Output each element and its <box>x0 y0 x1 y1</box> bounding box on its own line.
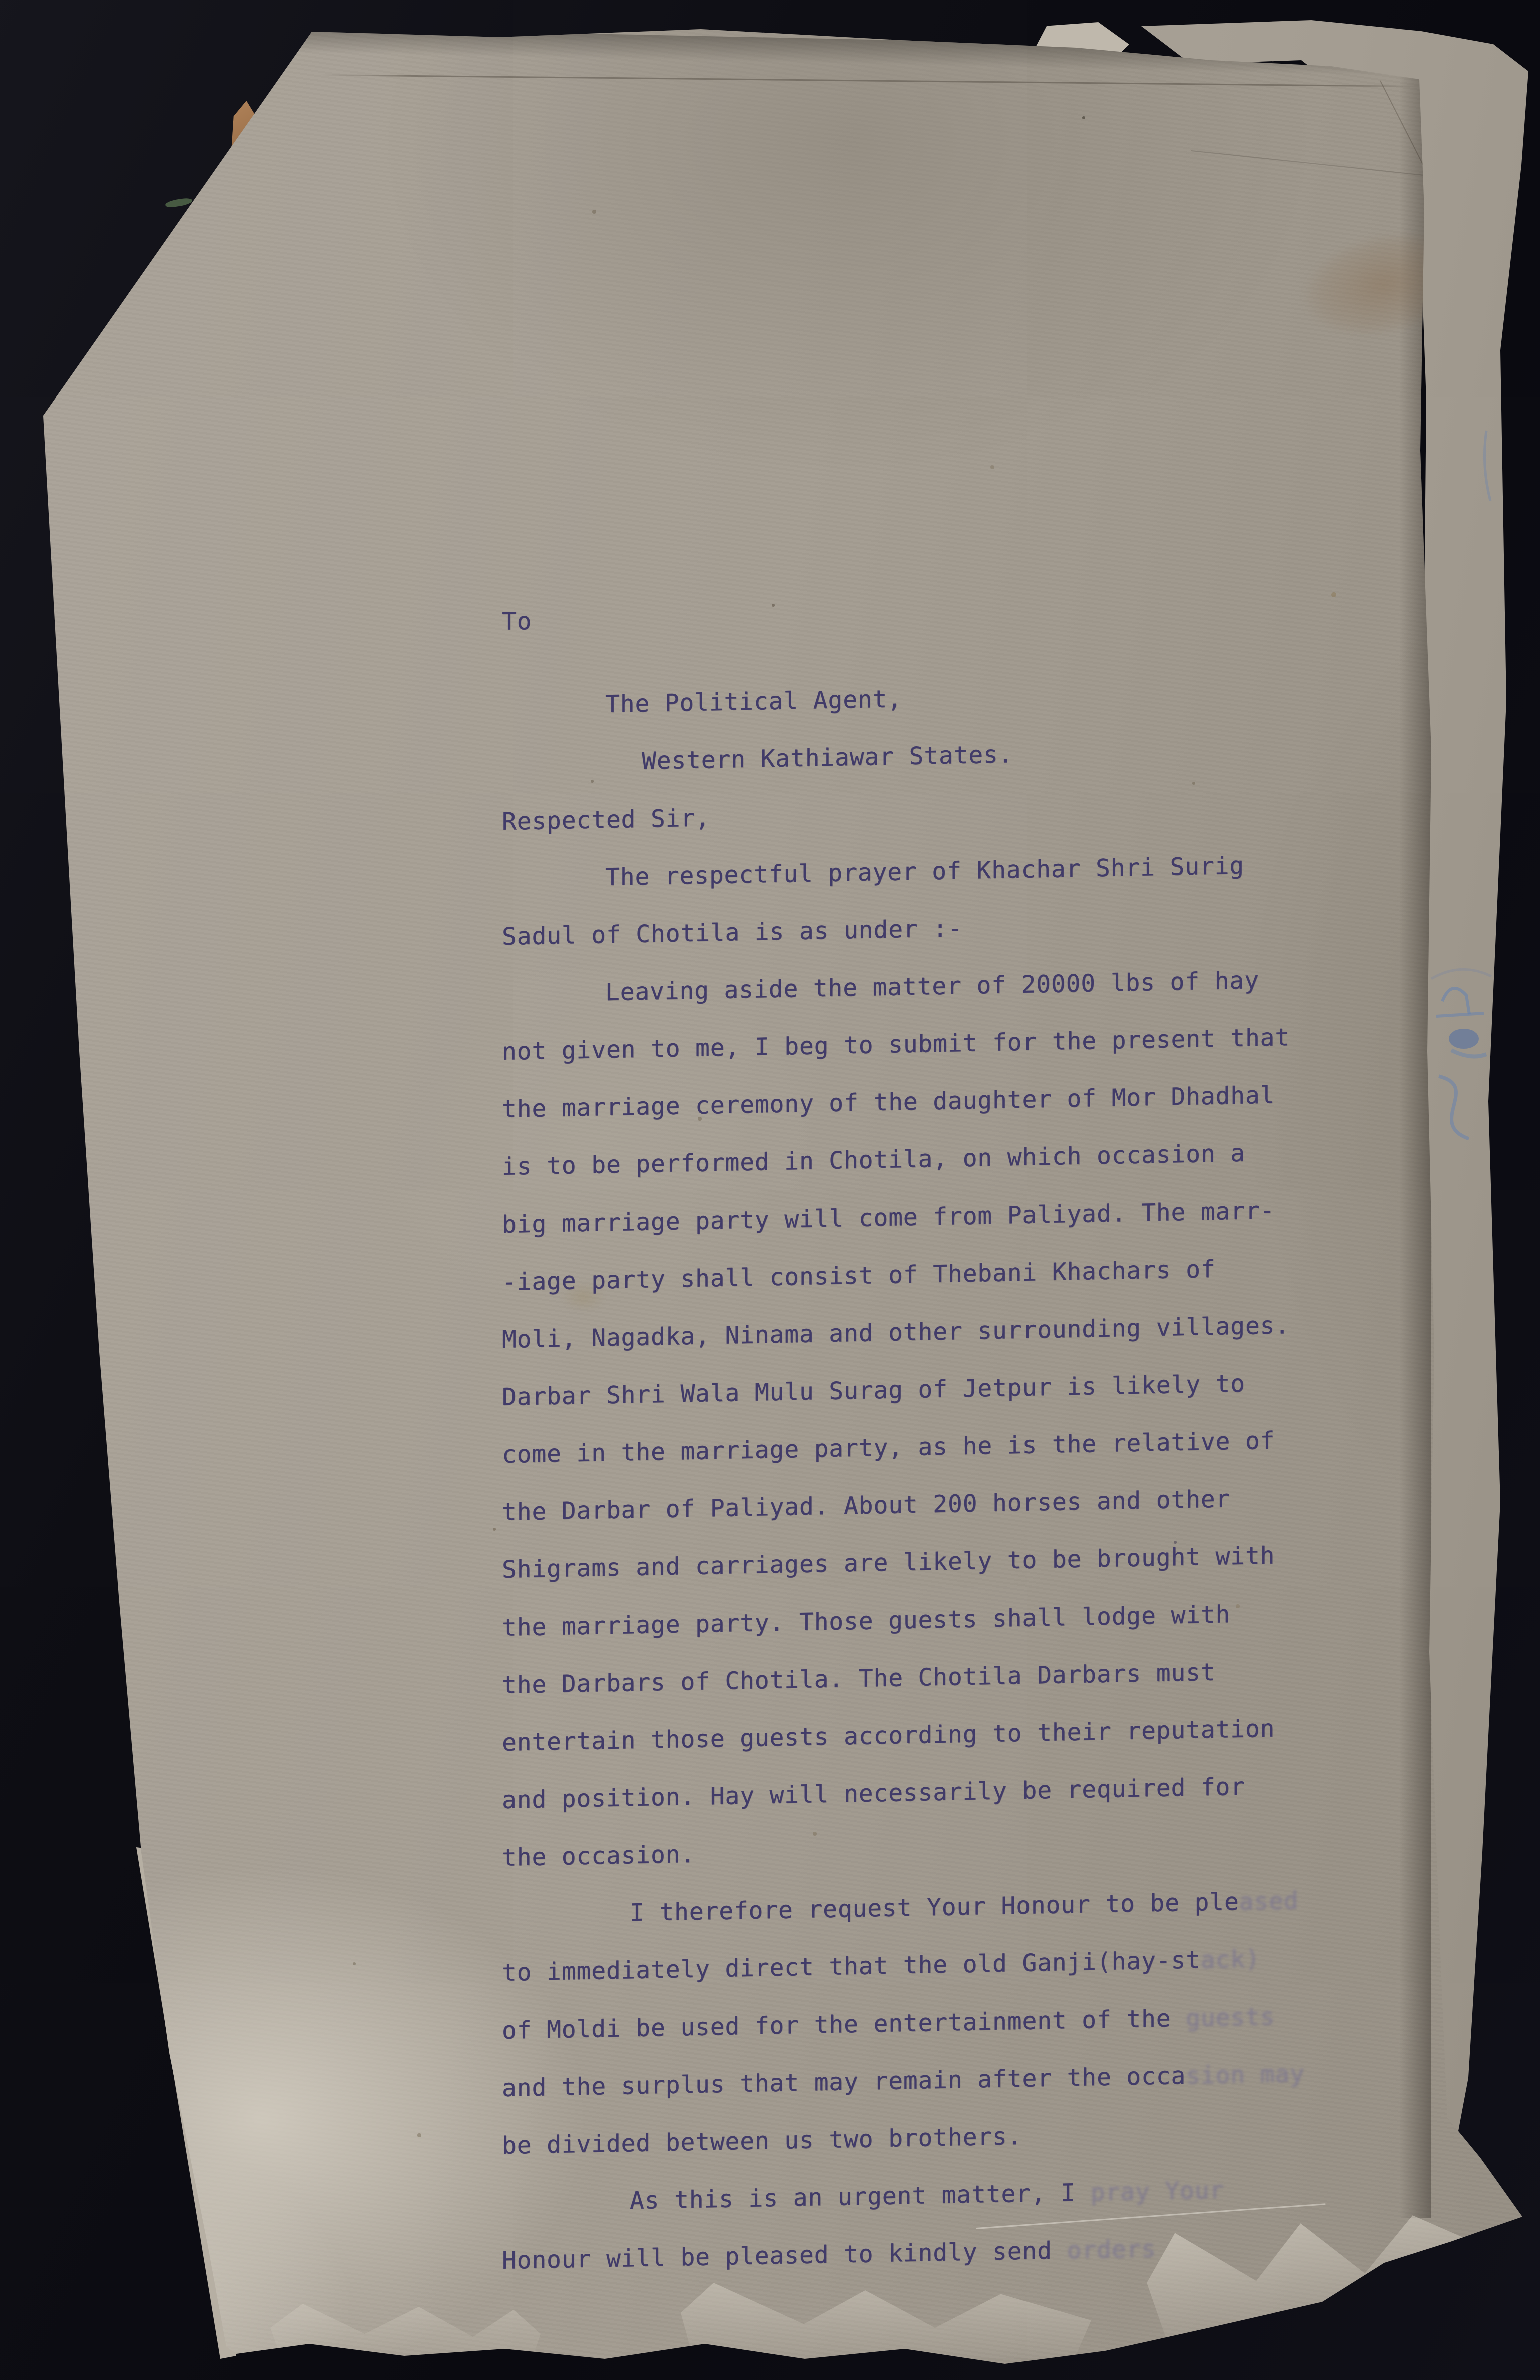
paper-specks <box>0 0 3 3</box>
letter-line-faded-text: pray Your <box>1091 2176 1224 2207</box>
scanned-document: ToThe Political Agent,Western Kathiawar … <box>0 0 1540 2380</box>
fiber-speck <box>165 197 193 208</box>
ink-squiggle <box>1436 1013 1484 1016</box>
letter-line: To <box>502 593 1383 666</box>
ink-blot <box>1449 1029 1479 1049</box>
paper-crease <box>320 74 1421 87</box>
letter-line-faded-text: ack) <box>1201 1945 1260 1974</box>
paper-sheet: ToThe Political Agent,Western Kathiawar … <box>0 0 1540 2380</box>
ink-squiggle <box>1451 1050 1486 1057</box>
ink-squiggle <box>1439 1076 1469 1139</box>
torn-edge-highlight <box>270 2298 541 2358</box>
letter-line-faded-text: sion may <box>1186 2060 1305 2090</box>
paper-crease <box>1191 150 1425 176</box>
letter-line-faded-text: guests <box>1186 2003 1275 2032</box>
ink-squiggle <box>1484 431 1490 501</box>
ink-squiggle <box>1431 969 1491 979</box>
letter-line-faded-text: orders <box>1067 2235 1156 2264</box>
letter-line-text: Honour will be pleased to kindly send <box>502 2236 1067 2275</box>
ink-marks <box>1411 350 1540 1202</box>
letter-line-text: to immediately direct that the old Ganji… <box>502 1946 1201 1987</box>
ink-squiggle <box>1442 988 1469 1014</box>
letter-line-faded-text: ased <box>1239 1887 1299 1916</box>
letter-lines: ToThe Political Agent,Western Kathiawar … <box>502 593 1383 2305</box>
